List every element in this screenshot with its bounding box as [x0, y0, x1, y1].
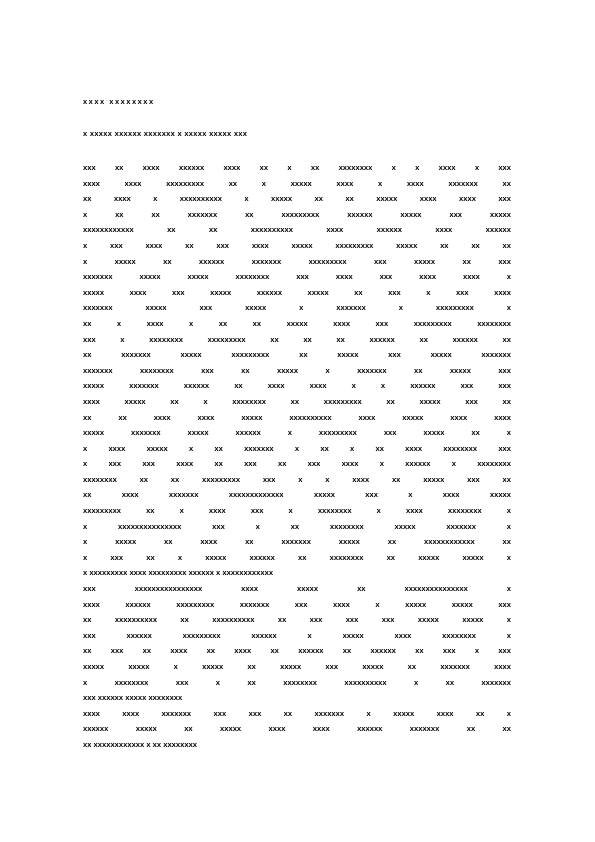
text-line: x xxxxxxxxx xxxx xxxxxxxxx xxxxxx x xxxx…	[83, 565, 511, 581]
text-line: x xxxxxxxxxxxxxxx xxx x xx xxxxxxxx xxxx…	[83, 519, 511, 535]
text-line: x xx xx xxxxxxx xx xxxxxxxxx xxxxxx xxxx…	[83, 207, 511, 223]
text-line: xxxx xxxx xxxxxxx xxx xxx xx xxxxxxx x x…	[83, 706, 511, 722]
text-line: xx xxxxxxx xxxxx xxxxxxxxx xx xxxxx xxx …	[83, 347, 511, 363]
text-line: xxxxx xxxxxxx xxxxxx xx xxxx xxxx x x xx…	[83, 378, 511, 394]
paragraph: xxxx xxxx xxxxxxx xxx xxx xx xxxxxxx x x…	[83, 706, 511, 753]
text-line: x xxx xx x xxxxx xxxxxx xx xxxxxxxx xx x…	[83, 550, 511, 566]
text-line: xxxxxxx xxxxxxxx xxx xx xxxxx x xxxxxxx …	[83, 363, 511, 379]
text-line: xxxxxxxx xx xx xxxxxxxxx xxx x x xxxx xx…	[83, 472, 511, 488]
text-line: x xxxxx xx xxxxxx xxxxxxx xxxxxxxxx xxx …	[83, 254, 511, 270]
text-line: xxxxx xxxxxxx xxxxx xxxxxx x xxxxxxxxx x…	[83, 425, 511, 441]
text-line: xxxxx xxxx xxx xxxxx xxxxxx xxxxx xx xxx…	[83, 285, 511, 301]
text-line: x xxxxxxxx xxx x xx xxxxxxxx xxxxxxxxxx …	[83, 675, 511, 691]
paragraph: xxx xx xxxx xxxxxx xxxx xx x xx xxxxxxxx…	[83, 160, 511, 581]
document-page: xxxx xxxxxxxx x xxxxx xxxxxx xxxxxxx x x…	[83, 96, 511, 753]
text-line: x xxx xxx xxxx xx xxx xx xxx xxxx x xxxx…	[83, 456, 511, 472]
text-line: xx xx xxxx xxxx xxxxx xxxxxxxxxx xxxx xx…	[83, 410, 511, 426]
text-line: x xxxxx xx xxxx xx xxxxxxx xxxxx xx xxxx…	[83, 534, 511, 550]
document-subtitle: x xxxxx xxxxxx xxxxxxx x xxxxx xxxxx xxx	[83, 128, 511, 140]
text-line: x xxxx xxxxx x xx xxxxxxx x xx x xx xxxx…	[83, 441, 511, 457]
document-body: xxx xx xxxx xxxxxx xxxx xx x xx xxxxxxxx…	[83, 160, 511, 753]
text-line: xx xxxxxxxxxxxx x xx xxxxxxxx	[83, 737, 511, 753]
text-line: xxxxxxxxxxxx xx xx xxxxxxxxxx xxxx xxxxx…	[83, 222, 511, 238]
document-heading: xxxx xxxxxxxx	[83, 96, 511, 108]
text-line: xxx xxxxxx xxxxx xxxxxxxx	[83, 690, 511, 706]
text-line: xxxx xxxxx xx x xxxxxxxx xx xxxxxxxxx xx…	[83, 394, 511, 410]
text-line: xxx x xxxxxxxx xxxxxxxxx xx xx xx xxxxxx…	[83, 332, 511, 348]
text-line: xxxx xxxxxx xxxxxxxxx xxxxxxx xxx xxxx x…	[83, 597, 511, 613]
text-line: xxxxxxx xxxxx xxx xxxxx x xxxxxxx x xxxx…	[83, 300, 511, 316]
text-line: xxx xxxxxxxxxxxxxxxx xxxx xxxxx xx xxxxx…	[83, 581, 511, 597]
text-line: xx xxxx x xxxxxxxxxx x xxxxx xx xx xxxxx…	[83, 191, 511, 207]
text-line: xxxxx xxxxx x xxxxx xx xxxxx xxx xxxxx x…	[83, 659, 511, 675]
text-line: xxx xx xxxx xxxxxx xxxx xx x xx xxxxxxxx…	[83, 160, 511, 176]
text-line: xx xxxx xxxxxxx xxxxxxxxxxxxx xxxxx xxx …	[83, 487, 511, 503]
text-line: xxxxxxxxx xx x xxxx xxx x xxxxxxxx x xxx…	[83, 503, 511, 519]
text-line: xxxxxx xxxxx xx xxxxx xxxx xxxx xxxxxx x…	[83, 721, 511, 737]
text-line: xx xxx xx xxxx xx xxxx xx xxxxxx xx xxxx…	[83, 643, 511, 659]
text-line: xxxx xxxx xxxxxxxxx xx x xxxxx xxxx x xx…	[83, 176, 511, 192]
text-line: xx x xxxx x xx xx xxxxx xxxx xxx xxxxxxx…	[83, 316, 511, 332]
text-line: x xxx xxxx xx xxx xxxx xxxxx xxxxxxxxx x…	[83, 238, 511, 254]
text-line: xxx xxxxxx xxxxxxxxx xxxxxx x xxxxx xxxx…	[83, 628, 511, 644]
paragraph: xxx xxxxxxxxxxxxxxxx xxxx xxxxx xx xxxxx…	[83, 581, 511, 706]
text-line: xxxxxxx xxxxx xxxxx xxxxxxxx xxx xxxx xx…	[83, 269, 511, 285]
text-line: xx xxxxxxxxxx xx xxxxxxxxxx xx xxx xxx x…	[83, 612, 511, 628]
